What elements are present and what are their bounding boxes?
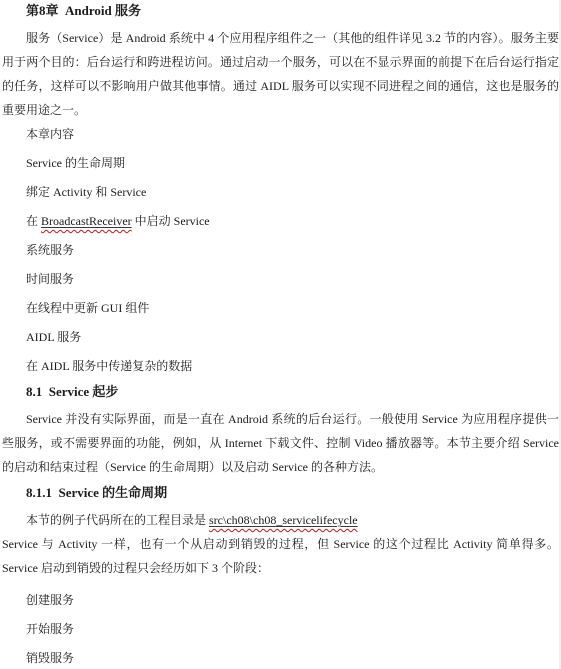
toc-item: AIDL 服务 [26, 325, 559, 349]
toc-item: 时间服务 [26, 267, 559, 291]
stage-item: 开始服务 [26, 617, 559, 641]
project-path-underlined-text[interactable]: src\ch08\ch08_servicelifecycle [209, 513, 358, 527]
toc-item: 本章内容 [26, 122, 559, 146]
project-dir-paragraph: 本节的例子代码所在的工程目录是 src\ch08\ch08_servicelif… [2, 508, 559, 532]
section-8-1-paragraph: Service 并没有实际界面，而是一直在 Android 系统的后台运行。一般… [2, 407, 559, 479]
spellcheck-squiggle-text: src\ch08\ch08_servicelifecycle [209, 513, 358, 527]
chapter-contents-list: 本章内容 Service 的生命周期 绑定 Activity 和 Service… [2, 122, 559, 378]
broadcastreceiver-underlined-text[interactable]: BroadcastReceiver [41, 214, 132, 228]
lifecycle-paragraph: Service 与 Activity 一样，也有一个从启动到销毁的过程，但 Se… [2, 532, 559, 580]
toc-item: 在线程中更新 GUI 组件 [26, 296, 559, 320]
document-page: 第8章 Android 服务 服务（Service）是 Android 系统中 … [0, 3, 561, 669]
stage-item: 销毁服务 [26, 646, 559, 669]
spellcheck-squiggle-text: BroadcastReceiver [41, 214, 132, 228]
subsection-heading-8-1-1: 8.1.1 Service 的生命周期 [26, 484, 559, 501]
chapter-heading: 第8章 Android 服务 [26, 3, 559, 19]
toc-item: 系统服务 [26, 238, 559, 262]
intro-paragraph: 服务（Service）是 Android 系统中 4 个应用程序组件之一（其他的… [2, 26, 559, 122]
toc-item: Service 的生命周期 [26, 151, 559, 175]
stage-item: 创建服务 [26, 588, 559, 612]
toc-item: 绑定 Activity 和 Service [26, 180, 559, 204]
toc-item: 在 AIDL 服务中传递复杂的数据 [26, 354, 559, 378]
section-heading-8-1: 8.1 Service 起步 [26, 383, 559, 400]
toc-item: 在 BroadcastReceiver 中启动 Service [26, 209, 559, 233]
lifecycle-stages-list: 创建服务 开始服务 销毁服务 [2, 588, 559, 669]
